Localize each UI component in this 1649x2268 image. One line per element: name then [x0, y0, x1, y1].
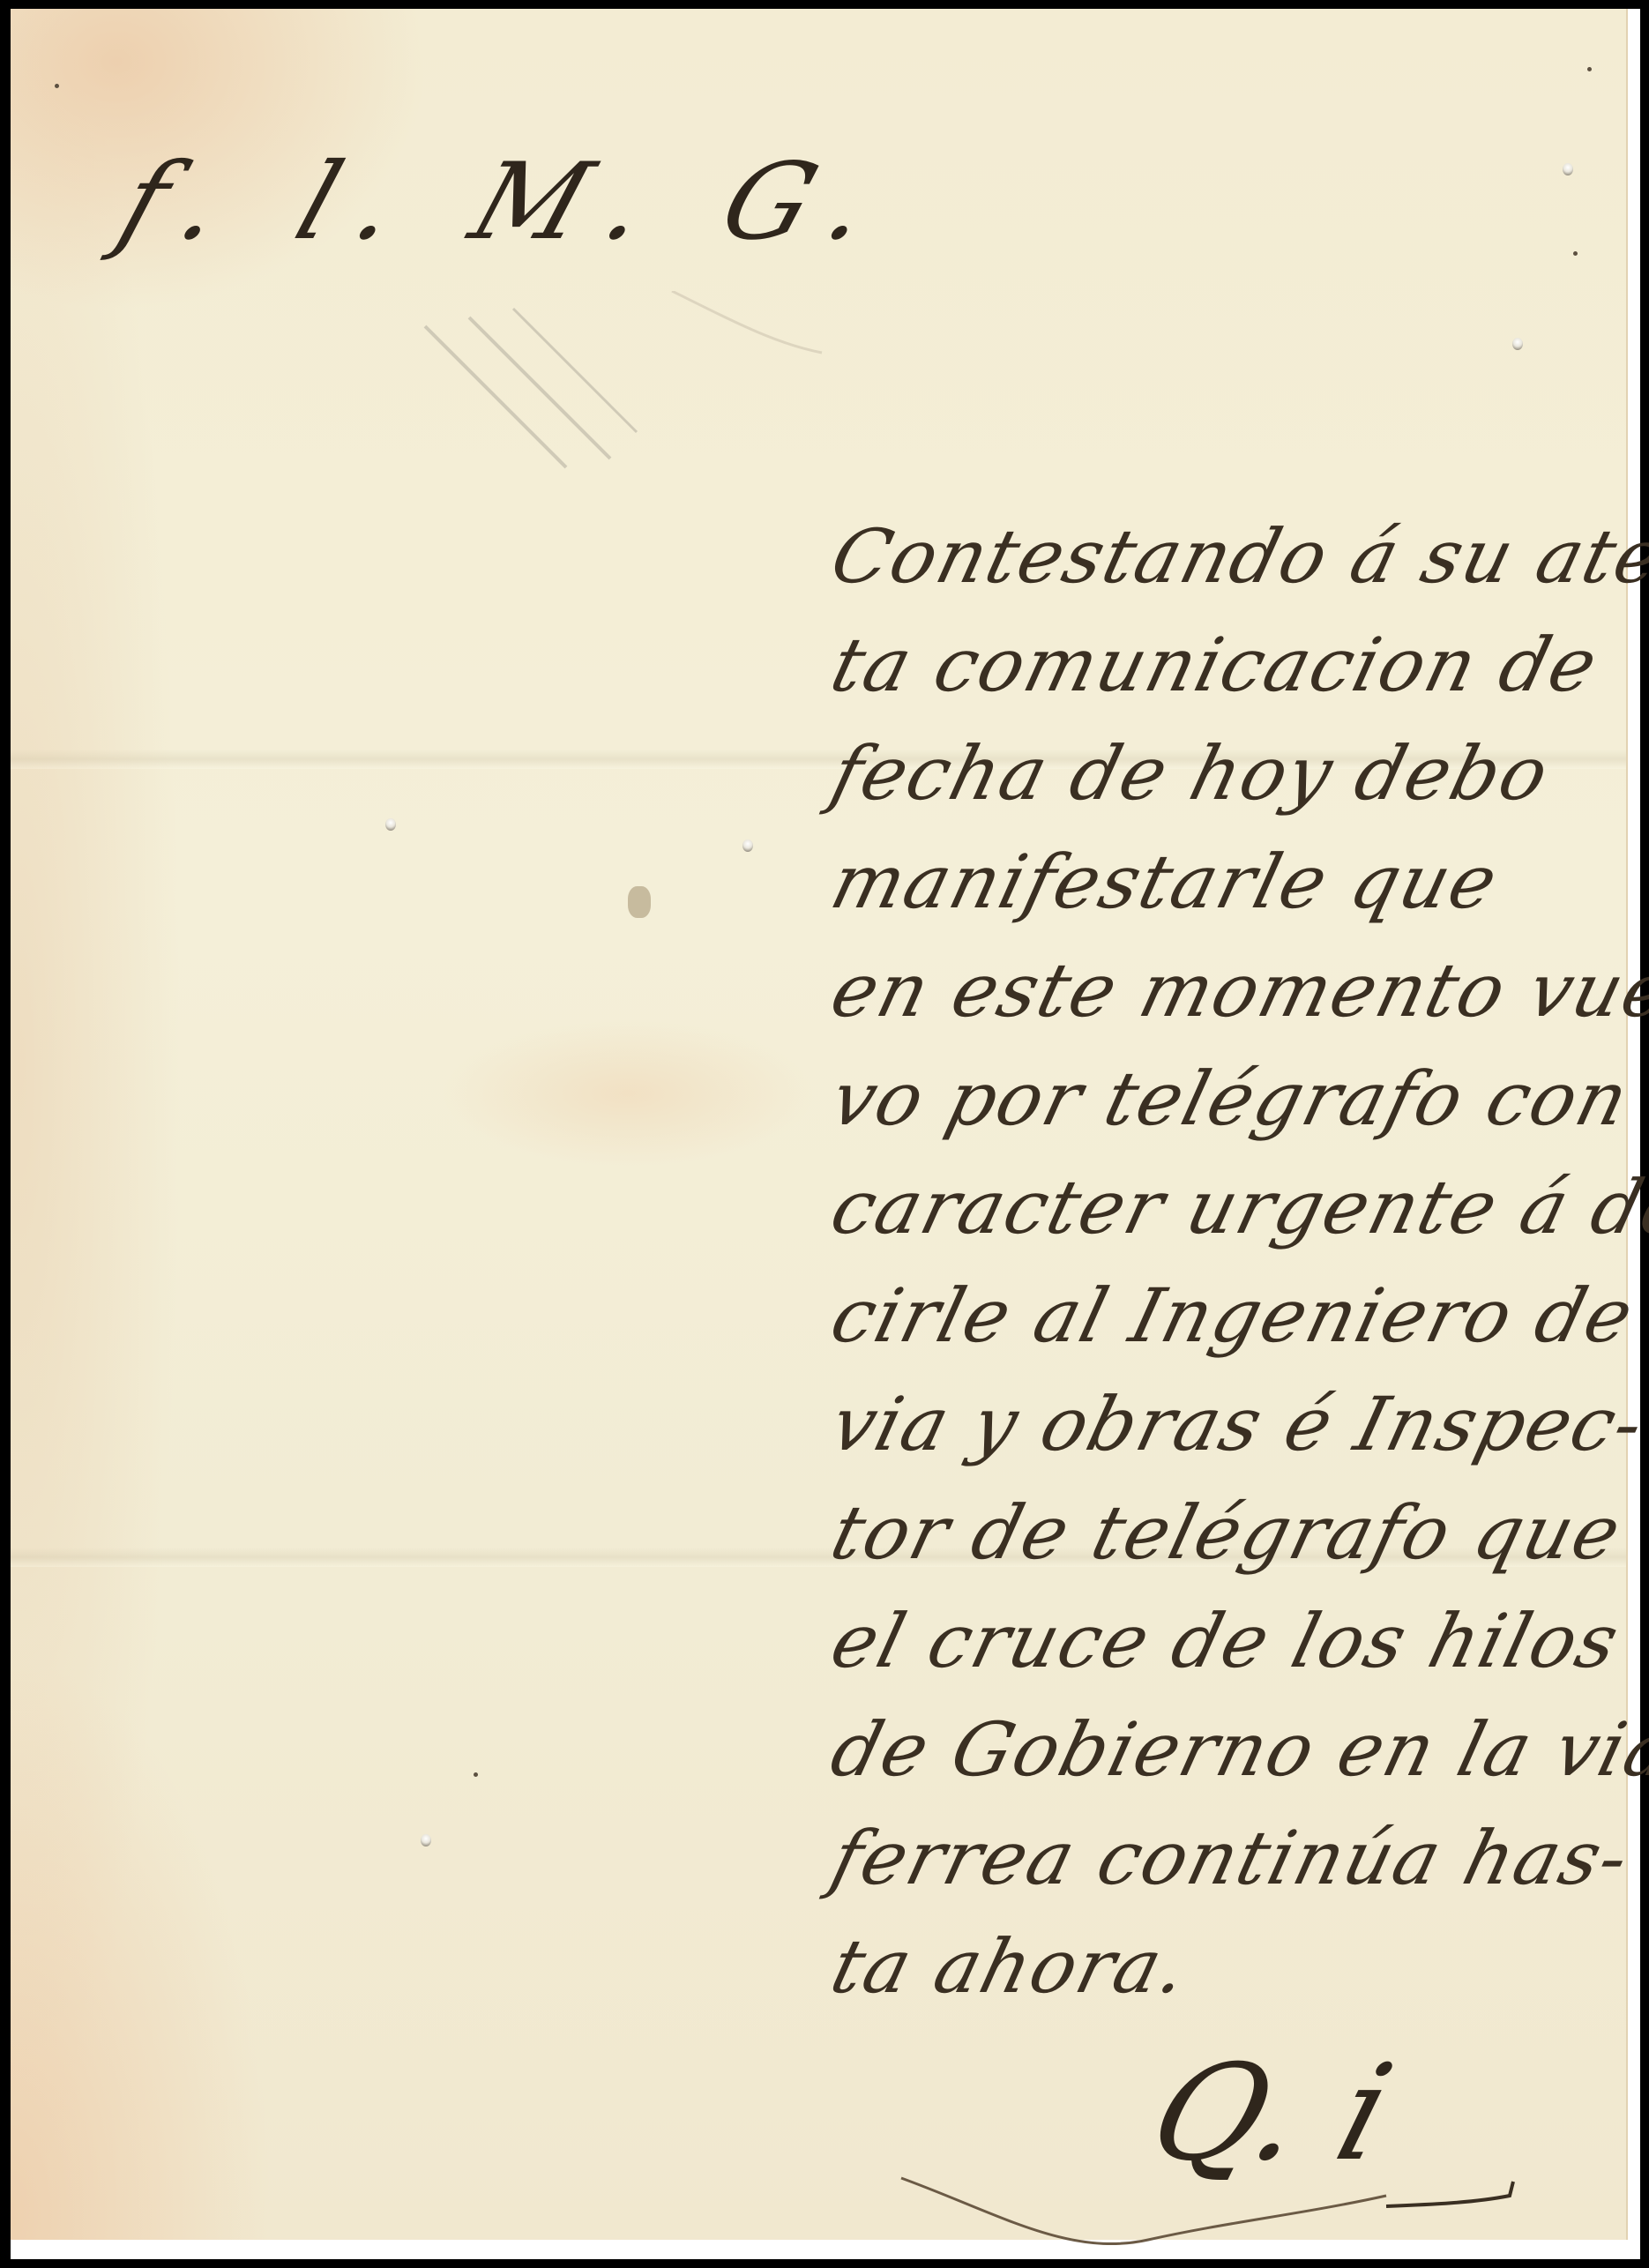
header-monogram: f. l. M. G.: [105, 141, 910, 264]
body-line: tor de telégrafo que: [820, 1479, 1649, 1587]
body-line: cirle al Ingeniero de: [820, 1262, 1649, 1370]
body-line: manifestarle que: [820, 828, 1649, 936]
body-line: ferrea continúa has-: [820, 1804, 1649, 1913]
pin-hole: [1512, 338, 1523, 350]
signature-flourish: [892, 2160, 1563, 2266]
body-line: caracter urgente á de-: [820, 1153, 1649, 1262]
scan-frame: f. l. M. G. Contestando á su aten- ta co…: [11, 9, 1640, 2259]
pin-hole: [385, 818, 396, 831]
body-line: en este momento vuel-: [820, 936, 1649, 1045]
body-line: Contestando á su aten-: [820, 503, 1649, 611]
pin-hole: [742, 839, 753, 852]
body-line: de Gobierno en la via: [820, 1696, 1649, 1804]
letter-body: Contestando á su aten- ta comunicacion d…: [820, 503, 1623, 2021]
body-line: el cruce de los hilos: [820, 1587, 1649, 1696]
dirt-stain: [628, 886, 651, 918]
ink-speck: [55, 84, 59, 88]
ink-speck: [1573, 251, 1578, 256]
body-line: fecha de hoy debo: [820, 720, 1649, 828]
ink-speck: [1587, 67, 1592, 71]
body-line: vo por telégrafo con: [820, 1045, 1649, 1153]
letter-page: f. l. M. G. Contestando á su aten- ta co…: [11, 9, 1628, 2240]
pin-hole: [1563, 163, 1573, 175]
body-line: ta ahora.: [820, 1913, 1649, 2021]
body-line: via y obras é Inspec-: [820, 1370, 1649, 1479]
pin-hole: [421, 1834, 431, 1846]
body-line: ta comunicacion de: [820, 611, 1649, 720]
ink-speck: [474, 1772, 478, 1777]
